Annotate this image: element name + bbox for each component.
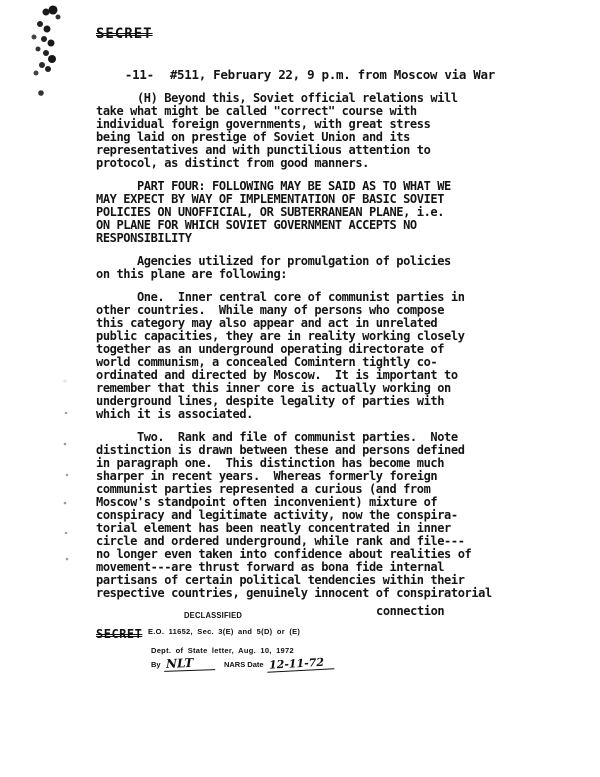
ink-smudge-artifacts: [30, 6, 34, 10]
declassified-stamp: DECLASSIFIED: [184, 611, 242, 620]
paragraph: Agencies utilized for promulgation of po…: [96, 255, 566, 281]
telegram-body: (H) Beyond this, Soviet official relatio…: [96, 92, 566, 610]
header-text: #511, February 22, 9 p.m. from Moscow vi…: [170, 67, 495, 82]
paragraph: PART FOUR: FOLLOWING MAY BE SAID AS TO W…: [96, 180, 566, 245]
continuation-word: connection: [376, 604, 444, 618]
nars-date-label: NARS Date: [224, 660, 264, 669]
classification-stamp-bottom: SECRET: [96, 627, 142, 641]
dept-of-state-line: Dept. of State letter, Aug. 10, 1972: [151, 646, 294, 655]
paragraph: (H) Beyond this, Soviet official relatio…: [96, 92, 566, 170]
scan-speck-artifacts: [64, 380, 66, 382]
executive-order-line: E.O. 11652, Sec. 3(E) and 5(D) or (E): [148, 627, 300, 636]
declassification-signature-line: By NLT NARS Date 12-11-72: [151, 656, 334, 671]
handwritten-initials: NLT: [163, 655, 215, 672]
handwritten-date: 12-11-72: [266, 655, 334, 672]
paragraph: One. Inner central core of communist par…: [96, 291, 566, 421]
document-page: SECRET -11-#511, February 22, 9 p.m. fro…: [0, 0, 600, 777]
by-label: By: [151, 660, 161, 669]
classification-stamp-top: SECRET: [96, 26, 153, 42]
page-number: -11-: [125, 67, 154, 82]
paragraph: Two. Rank and file of communist parties.…: [96, 431, 566, 600]
